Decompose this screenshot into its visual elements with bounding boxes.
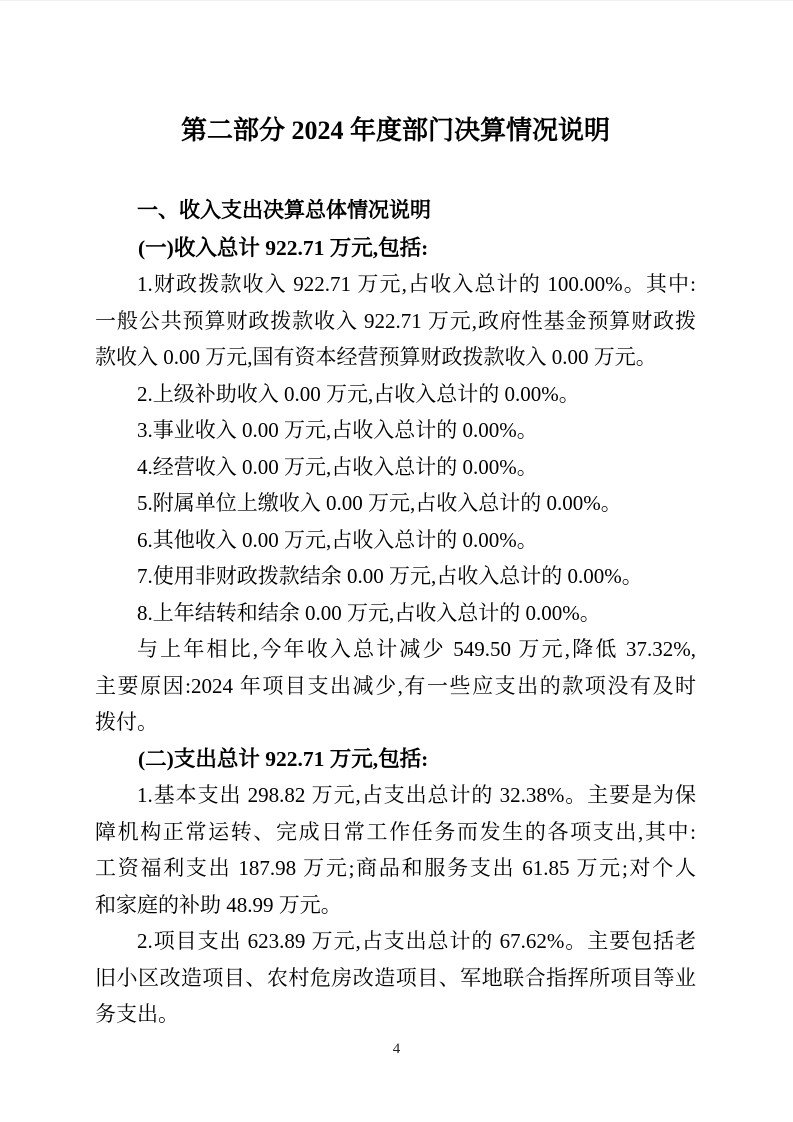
para-year-over-year-comparison: 与上年相比,今年收入总计减少 549.50 万元,降低 37.32%,主要原因:… [95, 631, 696, 741]
text-line: 3.事业收入 0.00 万元,占收入总计的 0.00%。 [95, 412, 696, 449]
item-other-income: 6.其他收入 0.00 万元,占收入总计的 0.00%。 [95, 522, 696, 559]
text-line: (一)收入总计 922.71 万元,包括: [95, 230, 696, 267]
document-content: 第二部分 2024 年度部门决算情况说明 一、收入支出决算总体情况说明(一)收入… [95, 1, 696, 1033]
text-line: 1.基本支出 298.82 万元,占支出总计的 32.38%。主要是为保 [95, 777, 696, 814]
item-business-income: 3.事业收入 0.00 万元,占收入总计的 0.00%。 [95, 412, 696, 449]
page-number: 4 [0, 1039, 793, 1059]
text-line: (二)支出总计 922.71 万元,包括: [95, 741, 696, 778]
text-line: 一、收入支出决算总体情况说明 [95, 193, 696, 230]
text-line: 2.项目支出 623.89 万元,占支出总计的 67.62%。主要包括老 [95, 923, 696, 960]
para-fiscal-appropriation-income: 1.财政拨款收入 922.71 万元,占收入总计的 100.00%。其中:一般公… [95, 266, 696, 376]
text-line: 一般公共预算财政拨款收入 922.71 万元,政府性基金预算财政拨 [95, 303, 696, 340]
text-line: 8.上年结转和结余 0.00 万元,占收入总计的 0.00%。 [95, 595, 696, 632]
para-basic-expenditure: 1.基本支出 298.82 万元,占支出总计的 32.38%。主要是为保障机构正… [95, 777, 696, 923]
text-line: 障机构正常运转、完成日常工作任务而发生的各项支出,其中: [95, 814, 696, 851]
text-line: 款收入 0.00 万元,国有资本经营预算财政拨款收入 0.00 万元。 [95, 339, 696, 376]
subsection-expenditure-total-heading: (二)支出总计 922.71 万元,包括: [95, 741, 696, 778]
text-line: 工资福利支出 187.98 万元;商品和服务支出 61.85 万元;对个人 [95, 850, 696, 887]
item-non-fiscal-appropriation-surplus: 7.使用非财政拨款结余 0.00 万元,占收入总计的 0.00%。 [95, 558, 696, 595]
text-line: 和家庭的补助 48.99 万元。 [95, 887, 696, 924]
text-line: 主要原因:2024 年项目支出减少,有一些应支出的款项没有及时 [95, 668, 696, 705]
item-prior-year-carryover: 8.上年结转和结余 0.00 万元,占收入总计的 0.00%。 [95, 595, 696, 632]
text-line: 5.附属单位上缴收入 0.00 万元,占收入总计的 0.00%。 [95, 485, 696, 522]
text-line: 4.经营收入 0.00 万元,占收入总计的 0.00%。 [95, 449, 696, 486]
subsection-income-total-heading: (一)收入总计 922.71 万元,包括: [95, 230, 696, 267]
page-title: 第二部分 2024 年度部门决算情况说明 [95, 1, 696, 148]
item-superior-subsidy-income: 2.上级补助收入 0.00 万元,占收入总计的 0.00%。 [95, 376, 696, 413]
text-line: 1.财政拨款收入 922.71 万元,占收入总计的 100.00%。其中: [95, 266, 696, 303]
para-project-expenditure: 2.项目支出 623.89 万元,占支出总计的 67.62%。主要包括老旧小区改… [95, 923, 696, 1033]
section-heading-income-expenditure: 一、收入支出决算总体情况说明 [95, 193, 696, 230]
text-line: 拨付。 [95, 704, 696, 741]
document-page: 第二部分 2024 年度部门决算情况说明 一、收入支出决算总体情况说明(一)收入… [0, 0, 793, 1122]
item-affiliated-unit-remittance-income: 5.附属单位上缴收入 0.00 万元,占收入总计的 0.00%。 [95, 485, 696, 522]
text-line: 7.使用非财政拨款结余 0.00 万元,占收入总计的 0.00%。 [95, 558, 696, 595]
text-line: 与上年相比,今年收入总计减少 549.50 万元,降低 37.32%, [95, 631, 696, 668]
document-body: 一、收入支出决算总体情况说明(一)收入总计 922.71 万元,包括:1.财政拨… [95, 193, 696, 1033]
item-operating-income: 4.经营收入 0.00 万元,占收入总计的 0.00%。 [95, 449, 696, 486]
text-line: 务支出。 [95, 996, 696, 1033]
text-line: 旧小区改造项目、农村危房改造项目、军地联合指挥所项目等业 [95, 960, 696, 997]
text-line: 2.上级补助收入 0.00 万元,占收入总计的 0.00%。 [95, 376, 696, 413]
text-line: 6.其他收入 0.00 万元,占收入总计的 0.00%。 [95, 522, 696, 559]
